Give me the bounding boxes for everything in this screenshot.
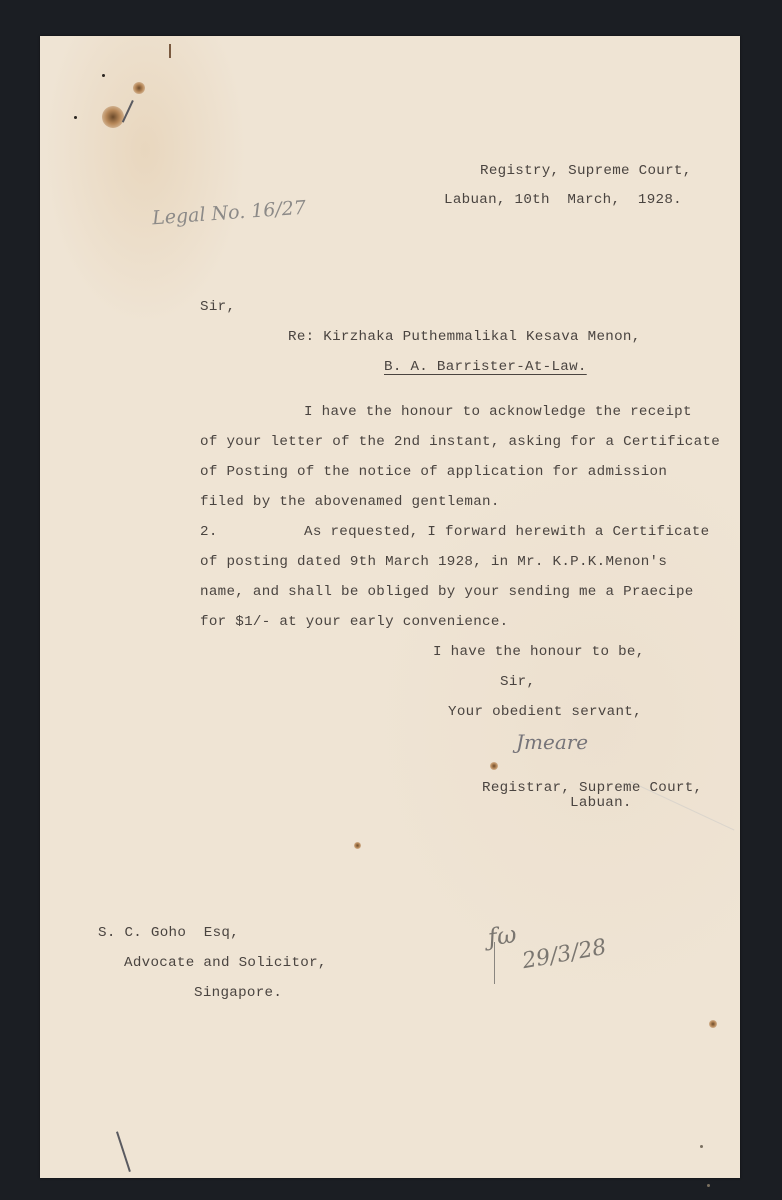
rust-stain <box>354 842 361 849</box>
closing-line1: I have the honour to be, <box>433 645 645 659</box>
salutation: Sir, <box>200 300 235 314</box>
body-paragraph2-line3: name, and shall be obliged by your sendi… <box>200 585 694 599</box>
closing-line2: Sir, <box>500 675 535 689</box>
body-paragraph1-line3: of Posting of the notice of application … <box>200 465 667 479</box>
addressee-name: S. C. Goho Esq, <box>98 926 239 940</box>
subject-line2: B. A. Barrister-At-Law. <box>384 360 587 374</box>
speck <box>707 1184 710 1187</box>
signature: Jmeare <box>516 730 588 754</box>
pin-hole <box>74 116 77 119</box>
scratch-mark <box>169 44 171 58</box>
rust-stain <box>102 106 124 128</box>
speck <box>700 1145 703 1148</box>
letter-page: Legal No. 16/27 Registry, Supreme Court,… <box>40 36 740 1178</box>
body-paragraph1-line4: filed by the abovenamed gentleman. <box>200 495 500 509</box>
body-paragraph2-line2: of posting dated 9th March 1928, in Mr. … <box>200 555 667 569</box>
initials-stroke <box>494 942 495 984</box>
signatory-title-line1: Registrar, Supreme Court, <box>482 781 702 795</box>
body-paragraph2-line4: for $1/- at your early convenience. <box>200 615 509 629</box>
rust-stain <box>490 762 498 770</box>
received-initials: ƒω <box>486 920 518 952</box>
body-paragraph2-line1: As requested, I forward herewith a Certi… <box>304 525 709 539</box>
rust-stain <box>133 82 145 94</box>
scratch-mark <box>122 100 134 123</box>
signatory-title-line2: Labuan. <box>570 796 632 810</box>
sender-address-line1: Registry, Supreme Court, <box>480 164 692 178</box>
letter-date: Labuan, 10th March, 1928. <box>444 193 682 207</box>
pin-hole <box>102 74 105 77</box>
received-date: 29/3/28 <box>520 935 608 974</box>
addressee-city: Singapore. <box>194 986 282 1000</box>
closing-line3: Your obedient servant, <box>448 705 642 719</box>
body-paragraph1-line2: of your letter of the 2nd instant, askin… <box>200 435 720 449</box>
paragraph2-number: 2. <box>200 525 218 539</box>
addressee-title: Advocate and Solicitor, <box>124 956 327 970</box>
rust-stain <box>709 1020 717 1028</box>
subject-line1: Re: Kirzhaka Puthemmalikal Kesava Menon, <box>288 330 641 344</box>
body-paragraph1-line1: I have the honour to acknowledge the rec… <box>304 405 692 419</box>
scratch-mark <box>116 1131 131 1172</box>
reference-annotation: Legal No. 16/27 <box>151 197 306 230</box>
